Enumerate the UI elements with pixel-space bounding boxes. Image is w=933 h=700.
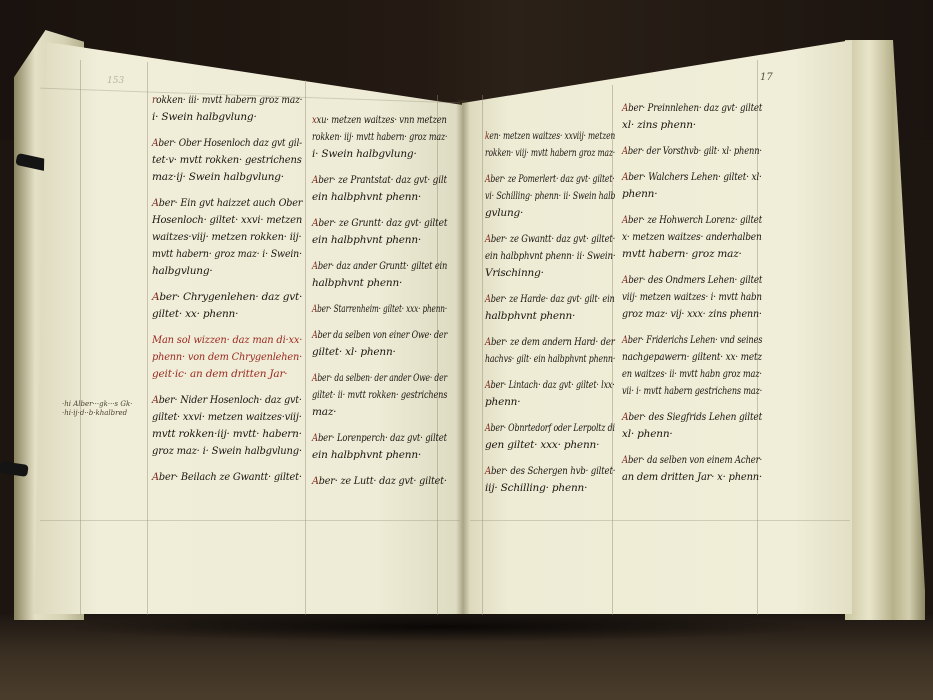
column-rule — [147, 62, 148, 615]
manuscript-entry: Aber· ze Harde· daz gvt· gilt· einhalbph… — [485, 291, 615, 325]
manuscript-entry: Aber· Starrenheim· giltet· xxx· phenn· — [312, 301, 447, 318]
manuscript-line: nachgepawern· giltent· xx· metz — [622, 349, 741, 366]
manuscript-line: Man sol wizzen· daz man di·xx· — [152, 332, 293, 349]
manuscript-line: geit·ic· an dem dritten Jar· — [152, 366, 302, 383]
manuscript-line: hachvs· gilt· ein halbphvnt phenn· — [485, 351, 582, 368]
manuscript-entry: Aber· Preinnlehen· daz gvt· giltetxl· zi… — [622, 100, 762, 134]
margin-rule — [80, 60, 81, 615]
folio-number: 17 — [760, 72, 773, 83]
manuscript-line: xxu· metzen waitzes· vnn metzen — [312, 112, 419, 129]
manuscript-line: giltet· ii· mvtt rokken· gestrichens — [312, 387, 417, 404]
manuscript-line: rokken· iij· mvtt habern· groz maz· — [312, 129, 415, 146]
manuscript-line: Aber da selben von einer Owe· der — [312, 327, 414, 344]
manuscript-line: an dem dritten Jar· x· phenn· — [622, 469, 754, 486]
manuscript-line: xl· phenn· — [622, 426, 762, 443]
manuscript-line: waitzes·viij· metzen rokken· iij· — [152, 229, 293, 246]
manuscript-line: mvtt habern· groz maz· — [622, 246, 762, 263]
manuscript-line: Vrischinng· — [485, 265, 615, 282]
manuscript-entry: Aber· da selben· der ander Owe· dergilte… — [312, 370, 447, 421]
manuscript-entry: Aber· Ober Hosenloch daz gvt gil-tet·v· … — [152, 135, 302, 186]
manuscript-entry: Aber· Obnrtedorf oder Lerpoltz digen gil… — [485, 420, 615, 454]
manuscript-line: giltet· xxvi· metzen waitzes·viij· — [152, 409, 292, 426]
manuscript-entry: Aber· ze dem andern Hard· derhachvs· gil… — [485, 334, 615, 368]
right-page-column-b: Aber· Preinnlehen· daz gvt· giltetxl· zi… — [622, 100, 762, 495]
manuscript-line: Hosenloch· giltet· xxvi· metzen — [152, 212, 294, 229]
manuscript-line: Aber· ze Gwantt· daz gvt· giltet· — [485, 231, 589, 248]
manuscript-line: halbphvnt phenn· — [485, 308, 615, 325]
manuscript-line: phenn· — [485, 394, 615, 411]
manuscript-entry: Aber· Lintach· daz gvt· giltet· lxx·phen… — [485, 377, 615, 411]
manuscript-line: ein halbphvnt phenn· — [312, 232, 447, 249]
manuscript-line: xl· zins phenn· — [622, 117, 762, 134]
manuscript-line: Aber· ze Hohwerch Lorenz· giltet — [622, 212, 737, 229]
manuscript-line: Aber· ze Gruntt· daz gvt· giltet — [312, 215, 429, 232]
manuscript-line: halbgvlung· — [152, 263, 302, 280]
manuscript-entry: Aber· da selben von einem Acher·an dem d… — [622, 452, 762, 486]
manuscript-entry: Aber· der Vorsthvb· gilt· xl· phenn· — [622, 143, 762, 160]
manuscript-entry: Aber da selben von einer Owe· dergiltet·… — [312, 327, 447, 361]
manuscript-line: gvlung· — [485, 205, 615, 222]
manuscript-line: Aber· ze Prantstat· daz gvt· gilt — [312, 172, 426, 189]
manuscript-line: rokken· viij· mvtt habern groz maz· — [485, 145, 579, 162]
right-page-column-a: ken· metzen waitzes· xxviij· metzenrokke… — [485, 128, 615, 506]
manuscript-line: vii· i· mvtt habern gestrichens maz· — [622, 383, 730, 400]
manuscript-entry: Aber· ze Pomerlert· daz gvt· giltet·vi· … — [485, 171, 615, 222]
book-shadow — [60, 612, 820, 642]
manuscript-line: Aber· Lintach· daz gvt· giltet· lxx· — [485, 377, 584, 394]
manuscript-entry: ken· metzen waitzes· xxviij· metzenrokke… — [485, 128, 615, 162]
manuscript-line: ein halbphvnt phenn· — [312, 189, 447, 206]
manuscript-line: Aber· Nider Hosenloch· daz gvt· — [152, 392, 288, 409]
manuscript-line: ein halbphvnt phenn· ii· Swein· — [485, 248, 591, 265]
manuscript-line: ein halbphvnt phenn· — [312, 447, 447, 464]
manuscript-line: maz·ij· Swein halbgvlung· — [152, 169, 302, 186]
manuscript-entry: Aber· Chrygenlehen· daz gvt·giltet· xx· … — [152, 289, 302, 323]
manuscript-line: Aber· Ein gvt haizzet auch Ober — [152, 195, 289, 212]
left-page-corner-mark: 153 — [107, 76, 124, 86]
manuscript-entry: Aber· des Schergen hvb· giltet·iij· Schi… — [485, 463, 615, 497]
manuscript-line: Aber· Beilach ze Gwantt· giltet· — [152, 469, 292, 486]
manuscript-line: Aber· Friderichs Lehen· vnd seines — [622, 332, 731, 349]
manuscript-line: Aber· Obnrtedorf oder Lerpoltz di — [485, 420, 582, 437]
marginal-note: ·hi Alber···gk···s Gk· ·hi·ij·d··b·khalb… — [62, 400, 132, 418]
manuscript-entry: Aber· ze Gruntt· daz gvt· giltetein halb… — [312, 215, 447, 249]
manuscript-line: Aber· daz ander Gruntt· giltet ein — [312, 258, 419, 275]
manuscript-line: Aber· Lorenperch· daz gvt· giltet — [312, 430, 421, 447]
manuscript-entry: Aber· ze Prantstat· daz gvt· giltein hal… — [312, 172, 447, 206]
manuscript-line: Aber· ze Harde· daz gvt· gilt· ein — [485, 291, 586, 308]
manuscript-entry: xxu· metzen waitzes· vnn metzenrokken· i… — [312, 112, 447, 163]
manuscript-line: Aber· des Siegfrids Lehen giltet — [622, 409, 742, 426]
manuscript-line: viij· metzen waitzes· i· mvtt habn — [622, 289, 738, 306]
manuscript-line: i· Swein halbgvlung· — [312, 146, 447, 163]
manuscript-line: Aber· Chrygenlehen· daz gvt· — [152, 289, 302, 306]
manuscript-line: giltet· xl· phenn· — [312, 344, 447, 361]
manuscript-entry: Aber· Beilach ze Gwantt· giltet· — [152, 469, 302, 486]
manuscript-line: phenn· von dem Chrygenlehen· — [152, 349, 292, 366]
manuscript-entry: Aber· Friderichs Lehen· vnd seinesnachge… — [622, 332, 762, 400]
manuscript-line: i· Swein halbgvlung· — [152, 109, 302, 126]
manuscript-line: ken· metzen waitzes· xxviij· metzen — [485, 128, 578, 145]
manuscript-line: maz· — [312, 404, 447, 421]
manuscript-line: giltet· xx· phenn· — [152, 306, 302, 323]
manuscript-entry: Aber· daz ander Gruntt· giltet einhalbph… — [312, 258, 447, 292]
manuscript-line: vi· Schilling· phenn· ii· Swein halb — [485, 188, 582, 205]
manuscript-entry: Aber· ze Gwantt· daz gvt· giltet·ein hal… — [485, 231, 615, 282]
column-rule — [305, 80, 306, 615]
book-gutter — [456, 100, 470, 614]
manuscript-line: Aber· des Ondmers Lehen· giltet — [622, 272, 739, 289]
manuscript-line: Aber· ze Pomerlert· daz gvt· giltet· — [485, 171, 580, 188]
manuscript-entry: Aber· des Siegfrids Lehen giltetxl· phen… — [622, 409, 762, 443]
manuscript-entry: Aber· ze Hohwerch Lorenz· giltetx· metze… — [622, 212, 762, 263]
binding-strap-bottom — [0, 461, 29, 477]
manuscript-line: Aber· Ober Hosenloch daz gvt gil- — [152, 135, 281, 152]
left-page-column-a: rokken· iii· mvtt habern groz maz·i· Swe… — [152, 92, 302, 495]
column-rule — [482, 95, 483, 615]
manuscript-entry: Aber· des Ondmers Lehen· giltetviij· met… — [622, 272, 762, 323]
manuscript-line: Aber· ze dem andern Hard· der — [485, 334, 590, 351]
manuscript-line: iij· Schilling· phenn· — [485, 480, 615, 497]
manuscript-line: Aber· Preinnlehen· daz gvt· giltet — [622, 100, 737, 117]
ruling-line — [40, 520, 460, 521]
manuscript-line: Aber· ze Lutt· daz gvt· giltet· — [312, 473, 436, 490]
manuscript-line: en waitzes· ii· mvtt habn groz maz· — [622, 366, 731, 383]
manuscript-line: mvtt rokken·iij· mvtt· habern· — [152, 426, 301, 443]
manuscript-line: Aber· da selben· der ander Owe· der — [312, 370, 409, 387]
manuscript-line: phenn· — [622, 186, 762, 203]
manuscript-line: Aber· da selben von einem Acher· — [622, 452, 735, 469]
ruling-line — [470, 520, 850, 521]
manuscript-entry: Aber· Ein gvt haizzet auch OberHosenloch… — [152, 195, 302, 280]
manuscript-line: gen giltet· xxx· phenn· — [485, 437, 615, 454]
manuscript-entry: Aber· ze Lutt· daz gvt· giltet· — [312, 473, 447, 490]
manuscript-entry: Aber· Nider Hosenloch· daz gvt·giltet· x… — [152, 392, 302, 460]
manuscript-entry: Aber· Walchers Lehen· giltet· xl·phenn· — [622, 169, 762, 203]
left-page-column-b: xxu· metzen waitzes· vnn metzenrokken· i… — [312, 112, 447, 499]
manuscript-line: rokken· iii· mvtt habern groz maz· — [152, 92, 281, 109]
manuscript-line: Aber· des Schergen hvb· giltet· — [485, 463, 591, 480]
manuscript-line: groz maz· vij· xxx· zins phenn· — [622, 306, 749, 323]
manuscript-line: Aber· Walchers Lehen· giltet· xl· — [622, 169, 741, 186]
manuscript-line: x· metzen waitzes· anderhalben — [622, 229, 742, 246]
manuscript-line: Aber· der Vorsthvb· gilt· xl· phenn· — [622, 143, 733, 160]
manuscript-line: groz maz· i· Swein halbgvlung· — [152, 443, 294, 460]
manuscript-line: halbphvnt phenn· — [312, 275, 447, 292]
manuscript-line: mvtt habern· groz maz· i· Swein· — [152, 246, 287, 263]
manuscript-line: Aber· Starrenheim· giltet· xxx· phenn· — [312, 301, 406, 318]
manuscript-entry: Aber· Lorenperch· daz gvt· giltetein hal… — [312, 430, 447, 464]
manuscript-entry: Man sol wizzen· daz man di·xx·phenn· von… — [152, 332, 302, 383]
manuscript-entry: rokken· iii· mvtt habern groz maz·i· Swe… — [152, 92, 302, 126]
manuscript-line: tet·v· mvtt rokken· gestrichens — [152, 152, 294, 169]
